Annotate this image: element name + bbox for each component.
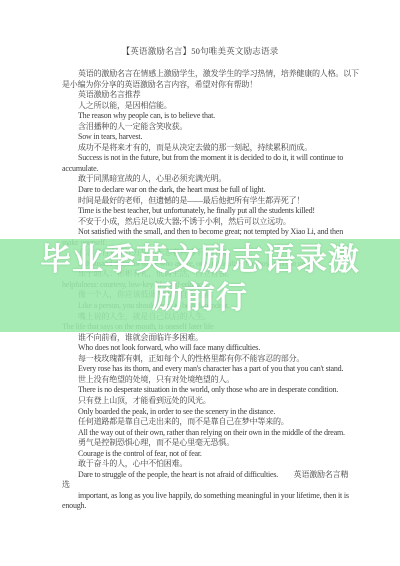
document-line: Only boarded the peak, in order to see t… (62, 407, 343, 418)
document-line: 是小编为你分享的英语激励名言内容，希望对你有帮助！ (62, 80, 343, 91)
document-line: 不安于小成，然后足以成大器;不诱于小利，然后可以立远功。 (62, 217, 343, 228)
document-line: 成功不是将来才有的，而是从决定去做的那一刻起，持续累积而成。 (62, 143, 343, 154)
document-line: Dare to struggle of the people, the hear… (62, 470, 343, 481)
document-title: 【英语激励名言】50句唯美英文励志语录 (0, 45, 400, 57)
document-line: All the way out of their own, rather tha… (62, 428, 343, 439)
overlay-title-line1: 毕业季英文励志语录激 (0, 241, 400, 279)
overlay-title-line2: 励前行 (0, 279, 400, 317)
document-line: 任何道路都是靠自己走出来的，而不是靠自己在梦中等来的。 (62, 417, 343, 428)
document-line: 每一枝玫瑰都有刺，正如每个人的性格里都有你不能容忍的部分。 (62, 354, 343, 365)
document-line: enough. (62, 501, 343, 512)
document-line: 只有登上山顶，才能看到远处的风光。 (62, 396, 343, 407)
document-line: Every rose has its thorn, and every man'… (62, 364, 343, 375)
document-line: 人之所以能，是因相信能。 (62, 101, 343, 112)
document-line: 敢于同黑暗宣战的人，心里必须充满光明。 (62, 174, 343, 185)
document-line: 勇气是控制恐惧心理，而不是心里毫无恐惧。 (62, 438, 343, 449)
document-line: 英语激励名言推荐 (62, 90, 343, 101)
document-line: Not satisfied with the small, and then t… (62, 227, 343, 238)
overlay-title: 毕业季英文励志语录激 励前行 (0, 241, 400, 317)
document-line: accumulate. (62, 164, 343, 175)
document-line: Time is the best teacher, but unfortunat… (62, 206, 343, 217)
document-line: 世上没有绝望的处境，只有对处境绝望的人。 (62, 375, 343, 386)
document-line: Who does not look forward, who will face… (62, 343, 343, 354)
article-page: 【英语激励名言】50句唯美英文励志语录 英语的激励名言在情感上激励学生，激发学生… (0, 0, 400, 566)
document-line: The reason why people can, is to believe… (62, 111, 343, 122)
document-line: 敢于奋斗的人，心中不怕困难。 (62, 459, 343, 470)
document-line: 时间是最好的老师，但遗憾的是——最后他把所有学生都弄死了！ (62, 196, 343, 207)
document-line: 选 (62, 480, 343, 491)
document-line: 英语的激励名言在情感上激励学生，激发学生的学习热情，培养健康的人格。以下 (62, 69, 343, 80)
document-line: Dare to declare war on the dark, the hea… (62, 185, 343, 196)
document-line: Courage is the control of fear, not of f… (62, 449, 343, 460)
document-line: Sow in tears, harvest. (62, 132, 343, 143)
document-line: There is no desperate situation in the w… (62, 385, 343, 396)
document-line: Success is not in the future, but from t… (62, 153, 343, 164)
document-line: 谁不向前看，谁就会面临许多困难。 (62, 333, 343, 344)
document-line: 含泪播种的人一定能含笑收获。 (62, 122, 343, 133)
document-line: important, as long as you live happily, … (62, 491, 343, 502)
